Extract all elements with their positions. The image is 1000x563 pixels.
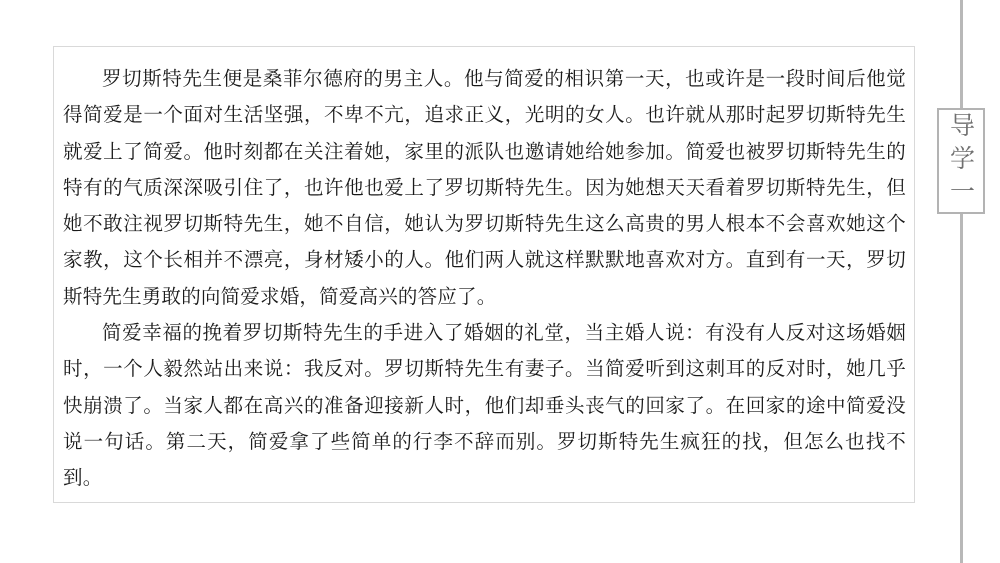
vertical-divider-line [960, 0, 963, 563]
section-label-text: 导学一 [949, 112, 974, 211]
paragraph-2: 简爱幸福的挽着罗切斯特先生的手进入了婚姻的礼堂，当主婚人说：有没有人反对这场婚姻… [63, 315, 906, 496]
reading-text-box: 罗切斯特先生便是桑菲尔德府的男主人。他与简爱的相识第一天，也或许是一段时间后他觉… [53, 46, 915, 503]
section-label-box: 导学一 [937, 108, 985, 214]
paragraph-1: 罗切斯特先生便是桑菲尔德府的男主人。他与简爱的相识第一天，也或许是一段时间后他觉… [63, 61, 906, 315]
